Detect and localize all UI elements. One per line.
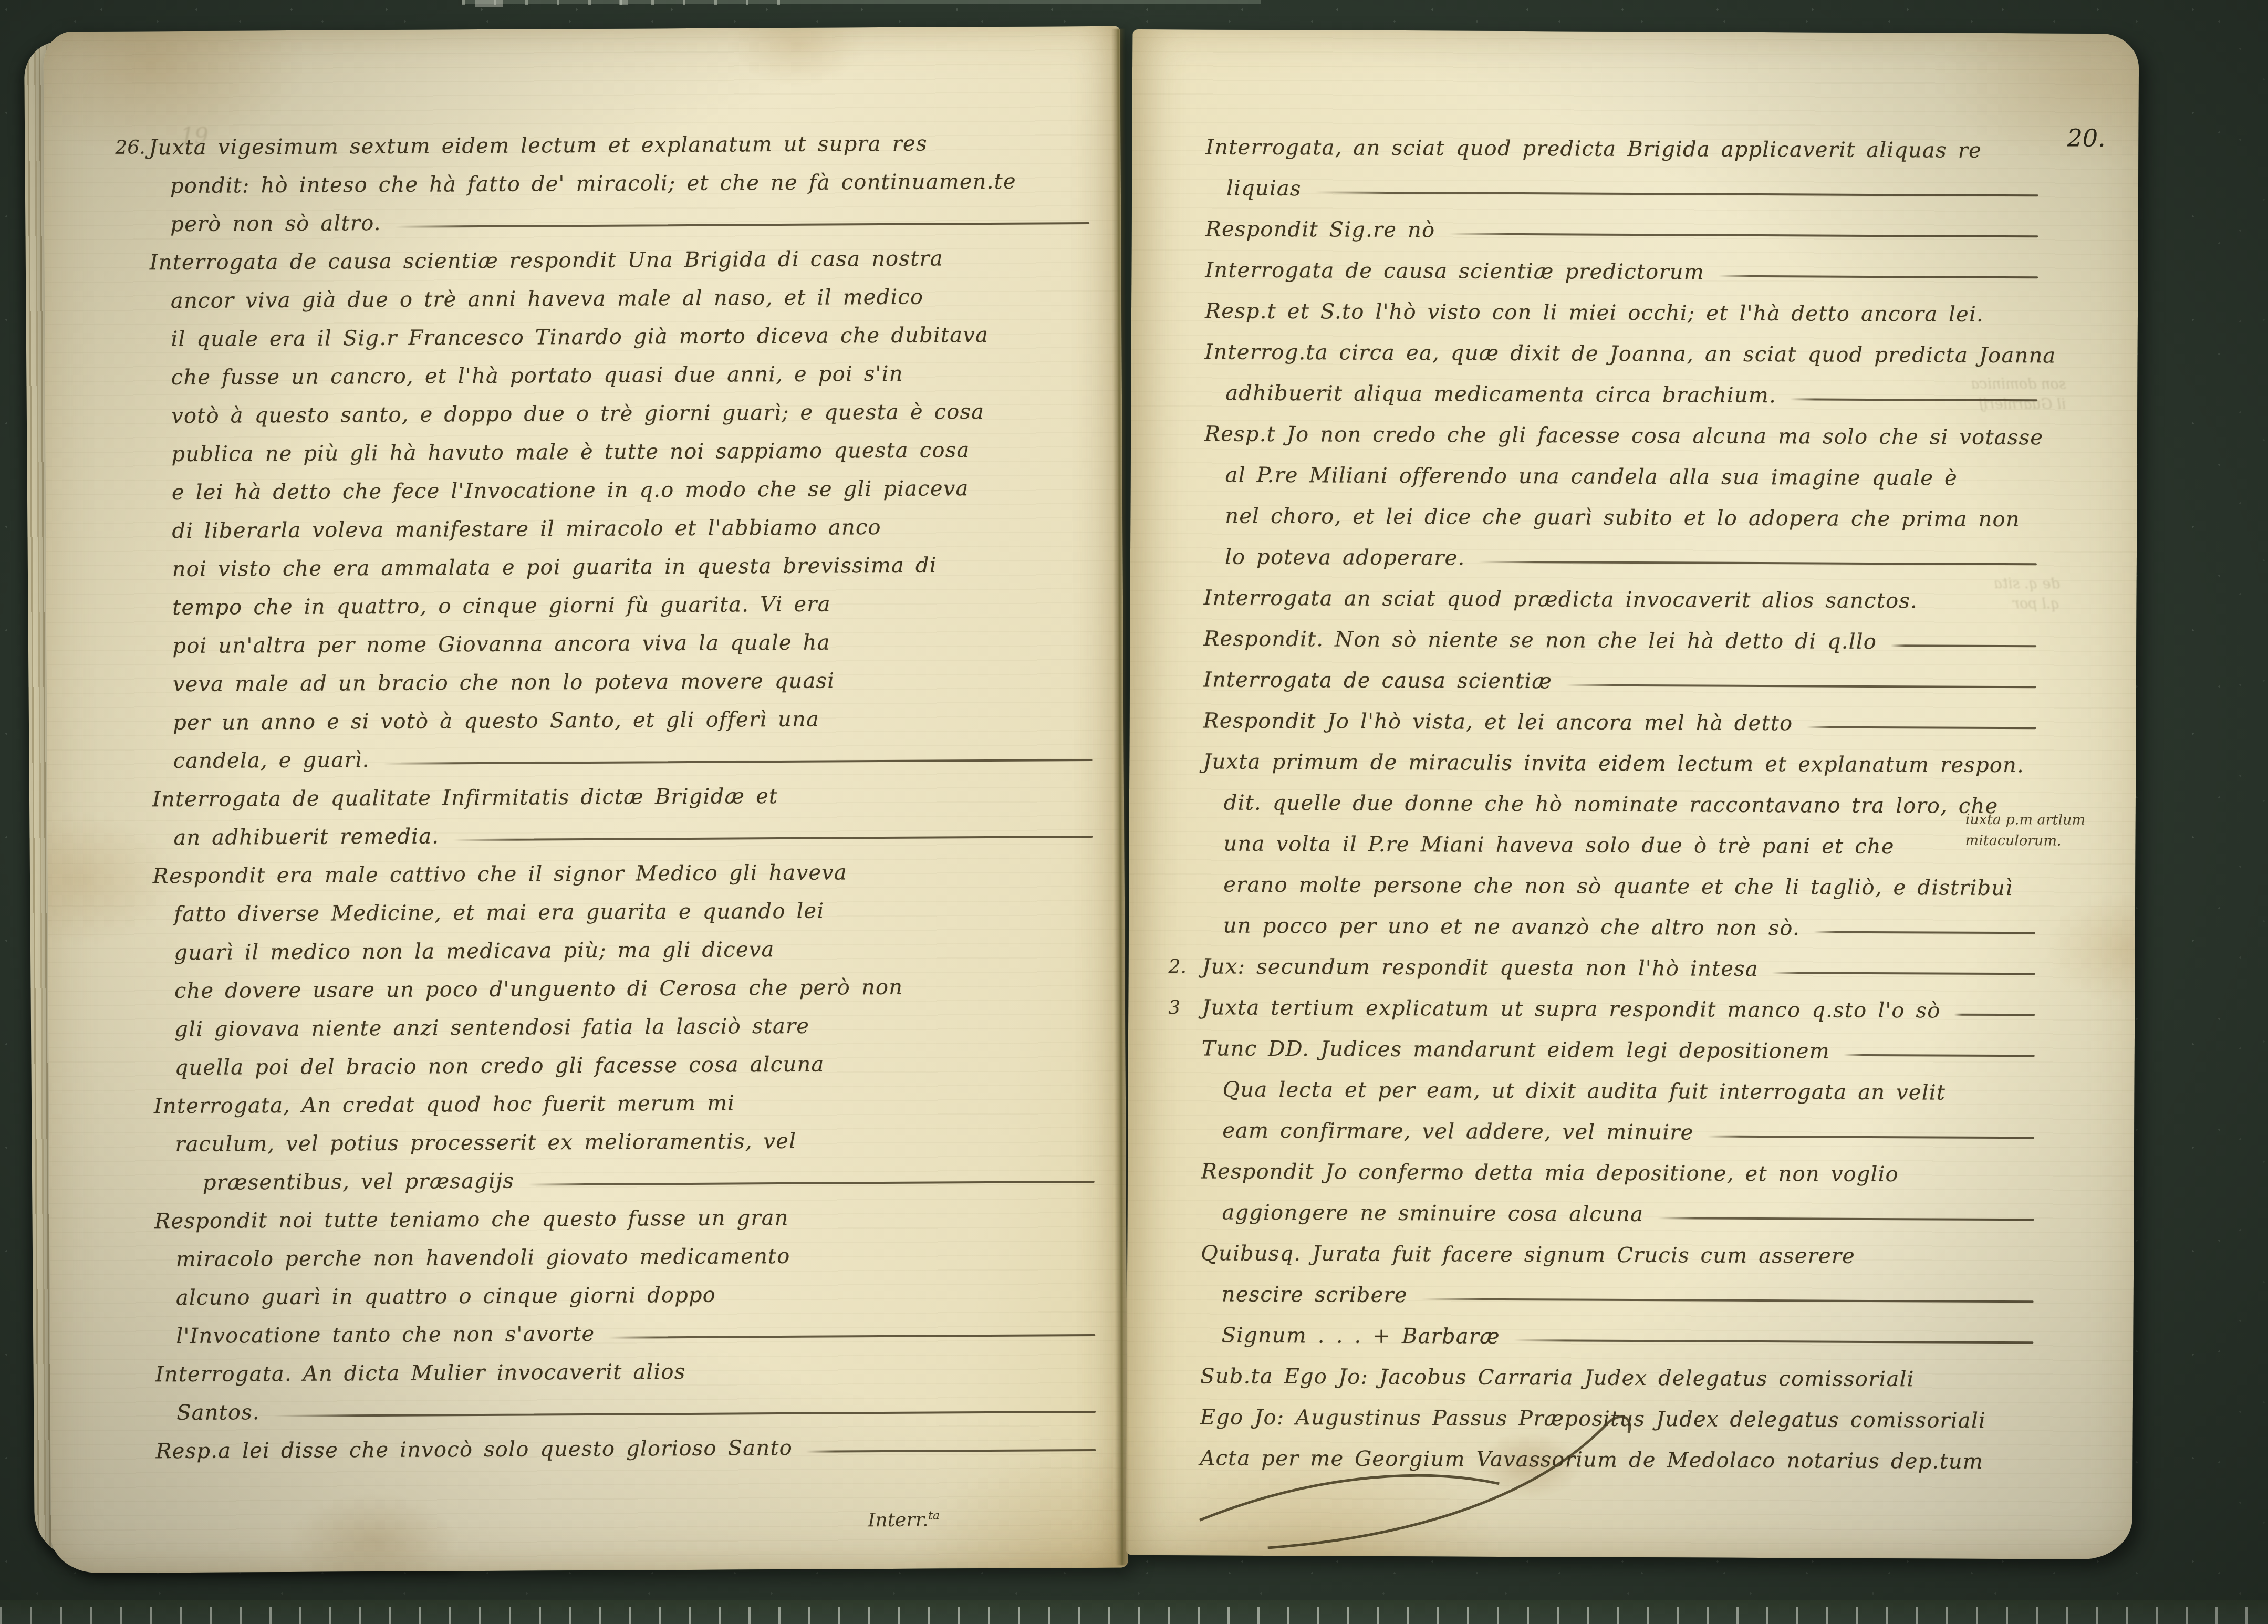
photo-vignette (0, 0, 2268, 1624)
